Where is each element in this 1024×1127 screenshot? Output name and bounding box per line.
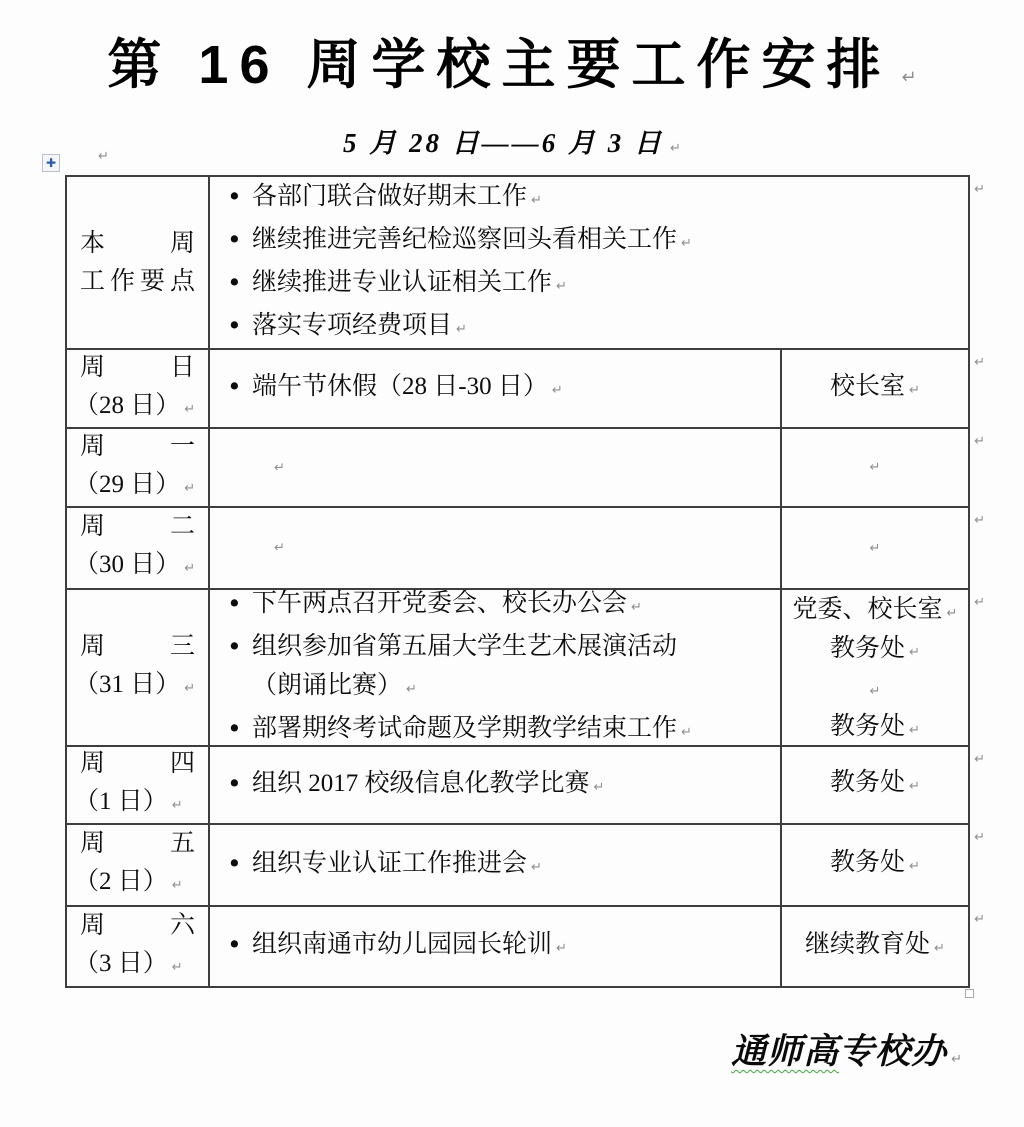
paragraph-mark-icon: ↵ <box>870 541 881 556</box>
summary-task-cell[interactable]: •各部门联合做好期末工作↵ •继续推进完善纪检巡察回头看相关工作↵ •继续推进专… <box>210 177 968 348</box>
task-item: •组织参加省第五届大学生艺术展演活动（朗诵比赛）↵ <box>210 627 726 709</box>
paragraph-mark-icon: ↵ <box>681 236 692 251</box>
day-cell[interactable]: 周 二 （30 日）↵ <box>67 508 210 588</box>
bullet-icon: • <box>227 367 242 406</box>
task-cell[interactable]: •端午节休假（28 日-30 日）↵ <box>210 350 780 427</box>
dept-cell[interactable]: ↵ <box>780 429 968 506</box>
bullet-icon: • <box>227 764 242 803</box>
table-row: 周 六 （3 日）↵ •组织南通市幼儿园园长轮训↵ 继续教育处↵ ↵ <box>67 907 968 986</box>
task-cell[interactable]: ↵ <box>210 429 780 506</box>
task-item: •下午两点召开党委会、校长办公会↵ <box>210 584 726 627</box>
subtitle-paragraph[interactable]: 5 月 28 日——6 月 3 日↵ <box>0 121 1024 160</box>
dept-cell[interactable]: 教务处↵ <box>780 747 968 823</box>
date-label: （31 日）↵ <box>74 666 195 708</box>
paragraph-mark-icon: ↵ <box>951 1052 962 1067</box>
day-label: 周 日 <box>80 349 195 387</box>
date-range-subtitle: 5 月 28 日——6 月 3 日 <box>343 128 664 158</box>
date-label: （28 日）↵ <box>74 387 195 429</box>
task-item: •组织专业认证工作推进会↵ <box>210 844 774 887</box>
summary-label-line1: 本 周 <box>80 225 195 263</box>
row-end-mark-icon: ↵ <box>974 830 985 845</box>
paragraph-mark-icon: ↵ <box>681 725 692 740</box>
paragraph-mark-icon: ↵ <box>274 541 285 556</box>
table-row: 周 五 （2 日）↵ •组织专业认证工作推进会↵ 教务处↵ ↵ <box>67 825 968 907</box>
date-label: （30 日）↵ <box>74 546 195 588</box>
task-cell[interactable]: •组织专业认证工作推进会↵ <box>210 825 780 905</box>
bullet-icon: • <box>227 584 242 623</box>
page-title: 第 16 周学校主要工作安排 <box>107 35 891 95</box>
day-label: 周 二 <box>80 508 195 546</box>
paragraph-mark-icon: ↵ <box>531 193 542 208</box>
table-resize-handle[interactable] <box>965 989 974 998</box>
date-label: （3 日）↵ <box>74 945 195 987</box>
row-end-mark-icon: ↵ <box>974 912 985 927</box>
dept-cell[interactable]: 教务处↵ <box>780 825 968 905</box>
date-label: （29 日）↵ <box>74 466 195 508</box>
paragraph-mark-icon: ↵ <box>184 481 195 496</box>
task-item: •各部门联合做好期末工作↵ <box>210 177 962 220</box>
dept-label: 教务处↵ <box>830 768 920 802</box>
dept-label: ↵ <box>870 668 881 707</box>
paragraph-mark-icon: ↵ <box>594 780 605 795</box>
paragraph-mark-icon: ↵ <box>909 645 920 660</box>
summary-row: 本 周 工作要点 •各部门联合做好期末工作↵ •继续推进完善纪检巡察回头看相关工… <box>67 177 968 350</box>
dept-label: 党委、校长室↵ <box>793 590 958 629</box>
row-end-mark-icon: ↵ <box>974 355 985 370</box>
task-item: •继续推进专业认证相关工作↵ <box>210 263 962 306</box>
paragraph-mark-icon: ↵ <box>184 561 195 576</box>
paragraph-mark-icon: ↵ <box>909 779 920 794</box>
dept-label: 校长室↵ <box>830 372 920 406</box>
date-label: （1 日）↵ <box>74 783 195 825</box>
paragraph-mark-icon: ↵ <box>909 383 920 398</box>
paragraph-mark-icon: ↵ <box>909 723 920 738</box>
task-item: •落实专项经费项目↵ <box>210 306 962 349</box>
paragraph-mark-icon: ↵ <box>184 681 195 696</box>
paragraph-mark-icon: ↵ <box>552 383 563 398</box>
day-label: 周 三 <box>80 628 195 666</box>
paragraph-mark-icon: ↵ <box>456 322 467 337</box>
task-cell[interactable]: ↵ <box>210 508 780 588</box>
table-row: 周 日 （28 日）↵ •端午节休假（28 日-30 日）↵ 校长室↵ ↵ <box>67 350 968 429</box>
title-paragraph[interactable]: 第 16 周学校主要工作安排↵ <box>0 22 1024 99</box>
dept-cell[interactable]: 校长室↵ <box>780 350 968 427</box>
paragraph-mark-icon: ↵ <box>909 859 920 874</box>
bullet-icon: • <box>227 306 242 345</box>
paragraph-mark-icon: ↵ <box>556 941 567 956</box>
summary-label-cell[interactable]: 本 周 工作要点 <box>67 177 210 348</box>
table-row: 周 一 （29 日）↵ ↵ ↵ ↵ <box>67 429 968 508</box>
paragraph-mark-icon: ↵ <box>870 684 881 699</box>
day-label: 周 四 <box>80 745 195 783</box>
dept-cell[interactable]: 党委、校长室↵ 教务处↵ ↵ 教务处↵ <box>780 590 968 745</box>
work-schedule-table: 本 周 工作要点 •各部门联合做好期末工作↵ •继续推进完善纪检巡察回头看相关工… <box>65 175 970 988</box>
task-item: •组织 2017 校级信息化教学比赛↵ <box>210 764 774 807</box>
bullet-icon: • <box>227 627 242 666</box>
signature-footer-rest: 专校办 <box>839 1032 947 1071</box>
dept-label: 教务处↵ <box>830 848 920 882</box>
bullet-icon: • <box>227 844 242 883</box>
paragraph-mark-icon: ↵ <box>98 149 109 164</box>
day-cell[interactable]: 周 四 （1 日）↵ <box>67 747 210 823</box>
row-end-mark-icon: ↵ <box>974 595 985 610</box>
move-cross-icon: ✚ <box>46 156 56 170</box>
paragraph-mark-icon: ↵ <box>172 798 183 813</box>
task-cell[interactable]: •组织南通市幼儿园园长轮训↵ <box>210 907 780 986</box>
paragraph-mark-icon: ↵ <box>670 141 681 156</box>
row-end-mark-icon: ↵ <box>974 182 985 197</box>
summary-label-line2: 工作要点 <box>80 263 195 301</box>
task-item: •端午节休假（28 日-30 日）↵ <box>210 367 774 410</box>
table-row: 周 二 （30 日）↵ ↵ ↵ ↵ <box>67 508 968 590</box>
signature-paragraph[interactable]: 通师高专校办↵ <box>731 1024 962 1074</box>
dept-label: 继续教育处↵ <box>805 930 945 964</box>
task-cell[interactable]: •组织 2017 校级信息化教学比赛↵ <box>210 747 780 823</box>
paragraph-mark-icon: ↵ <box>184 402 195 417</box>
task-item: •组织南通市幼儿园园长轮训↵ <box>210 925 774 968</box>
task-item: •继续推进完善纪检巡察回头看相关工作↵ <box>210 220 962 263</box>
paragraph-mark-icon: ↵ <box>274 460 285 475</box>
day-label: 周 六 <box>80 907 195 945</box>
paragraph-mark-icon: ↵ <box>947 606 958 621</box>
bullet-icon: • <box>227 220 242 259</box>
paragraph-mark-icon: ↵ <box>172 878 183 893</box>
table-row: 周 三 （31 日）↵ •下午两点召开党委会、校长办公会↵ •组织参加省第五届大… <box>67 590 968 747</box>
paragraph-mark-icon: ↵ <box>406 682 417 697</box>
day-label: 周 五 <box>80 825 195 863</box>
bullet-icon: • <box>227 263 242 302</box>
paragraph-mark-icon: ↵ <box>870 460 881 475</box>
bullet-icon: • <box>227 177 242 216</box>
table-row: 周 四 （1 日）↵ •组织 2017 校级信息化教学比赛↵ 教务处↵ ↵ <box>67 747 968 825</box>
bullet-icon: • <box>227 925 242 964</box>
row-end-mark-icon: ↵ <box>974 434 985 449</box>
paragraph-mark-icon: ↵ <box>934 941 945 956</box>
date-label: （2 日）↵ <box>74 863 195 905</box>
paragraph-mark-icon: ↵ <box>901 67 916 88</box>
dept-label: 教务处↵ <box>830 707 920 746</box>
day-cell[interactable]: 周 日 （28 日）↵ <box>67 350 210 427</box>
paragraph-mark-icon: ↵ <box>531 860 542 875</box>
paragraph-mark-icon: ↵ <box>631 600 642 615</box>
paragraph-mark-icon: ↵ <box>556 279 567 294</box>
table-move-handle[interactable]: ✚ <box>42 154 60 172</box>
signature-footer-underlined: 通师高 <box>731 1032 839 1071</box>
paragraph-mark-icon: ↵ <box>172 960 183 975</box>
dept-cell[interactable]: ↵ <box>780 508 968 588</box>
dept-cell[interactable]: 继续教育处↵ <box>780 907 968 986</box>
task-cell[interactable]: •下午两点召开党委会、校长办公会↵ •组织参加省第五届大学生艺术展演活动（朗诵比… <box>210 590 780 745</box>
task-item: •部署期终考试命题及学期教学结束工作↵ <box>210 709 726 752</box>
day-cell[interactable]: 周 三 （31 日）↵ <box>67 590 210 745</box>
row-end-mark-icon: ↵ <box>974 513 985 528</box>
day-cell[interactable]: 周 一 （29 日）↵ <box>67 429 210 506</box>
document-page: 第 16 周学校主要工作安排↵ 5 月 28 日——6 月 3 日↵ ↵ ✚ 本… <box>0 0 1024 1127</box>
day-label: 周 一 <box>80 428 195 466</box>
bullet-icon: • <box>227 709 242 748</box>
day-cell[interactable]: 周 五 （2 日）↵ <box>67 825 210 905</box>
day-cell[interactable]: 周 六 （3 日）↵ <box>67 907 210 986</box>
row-end-mark-icon: ↵ <box>974 752 985 767</box>
dept-label: 教务处↵ <box>830 629 920 668</box>
